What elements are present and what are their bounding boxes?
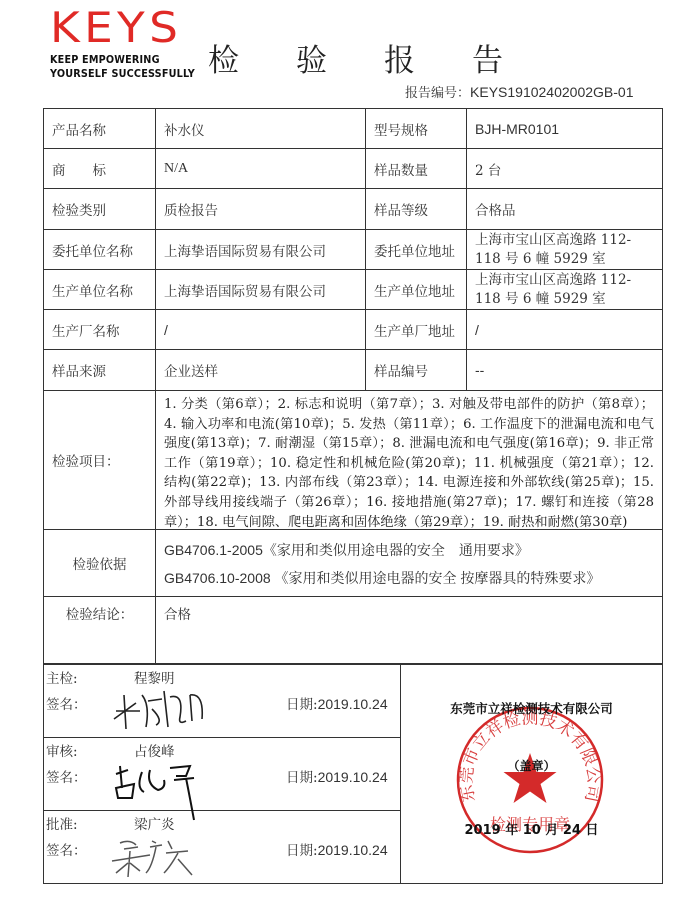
table-row-basis: 检验依据 GB4706.1-2005《家用和类似用途电器的安全 通用要求》 GB… <box>44 530 662 597</box>
field-value: 2 台 <box>467 149 662 188</box>
items-text: 1. 分类（第6章）；2. 标志和说明（第7章）；3. 对触及带电部件的防护（第… <box>156 391 662 529</box>
signature-column: 主检: 程黎明 签名： 日期:2019.10.24 审核: 占俊峰 签名： 日期… <box>44 665 401 883</box>
title-char: 报 <box>384 35 472 80</box>
field-value: / <box>467 310 662 349</box>
handwritten-signature <box>106 827 216 879</box>
role-label: 主检: <box>46 667 78 687</box>
field-label: 委托单位名称 <box>44 230 156 269</box>
seal-label: （盖章） <box>401 757 662 774</box>
field-value: -- <box>467 350 662 390</box>
report-number-label: 报告编号： <box>405 86 470 101</box>
role-label: 批准: <box>46 813 78 833</box>
table-row: 委托单位名称 上海挚语国际贸易有限公司 委托单位地址 上海市宝山区高逸路 112… <box>44 230 662 270</box>
title-char: 验 <box>296 35 384 80</box>
field-value: BJH-MR0101 <box>467 109 662 148</box>
field-label: 生产单位名称 <box>44 270 156 309</box>
field-label: 生产单位地址 <box>366 270 467 309</box>
field-label: 委托单位地址 <box>366 230 467 269</box>
report-number: 报告编号：KEYS19102402002GB-01 <box>405 82 633 101</box>
sign-label: 签名： <box>46 839 87 859</box>
logo-wordmark: KEYS <box>50 8 223 48</box>
role-label: 审核: <box>46 740 78 760</box>
field-value: 质检报告 <box>156 189 366 229</box>
basis-standard: GB4706.10-2008 《家用和类似用途电器的安全 按摩器具的特殊要求》 <box>164 564 654 592</box>
items-label: 检验项目： <box>44 391 156 529</box>
field-label: 商 标 <box>44 149 156 188</box>
logo-tagline-2: YOURSELF SUCCESSFULLY <box>50 67 197 81</box>
conclusion-label: 检验结论： <box>44 597 156 663</box>
keys-logo: KEYS KEEP EMPOWERING YOURSELF SUCCESSFUL… <box>50 8 210 81</box>
field-label: 样品数量 <box>366 149 467 188</box>
field-value: 企业送样 <box>156 350 366 390</box>
sign-label: 签名： <box>46 693 87 713</box>
logo-tagline-1: KEEP EMPOWERING <box>50 53 197 67</box>
basis-list: GB4706.1-2005《家用和类似用途电器的安全 通用要求》 GB4706.… <box>156 530 662 596</box>
signature-block-reviewer: 审核: 占俊峰 签名： 日期:2019.10.24 <box>44 738 400 811</box>
basis-label: 检验依据 <box>44 530 156 596</box>
issuing-company: 东莞市立祥检测技术有限公司 <box>401 699 662 717</box>
field-label: 产品名称 <box>44 109 156 148</box>
field-value: 上海市宝山区高逸路 112-118 号 6 幢 5929 室 <box>467 270 662 309</box>
table-row-conclusion: 检验结论： 合格 <box>44 597 662 663</box>
field-label: 型号规格 <box>366 109 467 148</box>
handwritten-signature <box>106 681 216 733</box>
field-value: 上海挚语国际贸易有限公司 <box>156 270 366 309</box>
basis-standard: GB4706.1-2005《家用和类似用途电器的安全 通用要求》 <box>164 536 654 564</box>
sign-date: 日期:2019.10.24 <box>286 839 388 859</box>
table-row: 检验类别 质检报告 样品等级 合格品 <box>44 189 662 230</box>
signature-block-approver: 批准: 梁广炎 签名： 日期:2019.10.24 <box>44 811 400 884</box>
title-char: 告 <box>472 35 560 80</box>
sign-date: 日期:2019.10.24 <box>286 766 388 786</box>
field-value: N/A <box>156 149 366 188</box>
seal-date: 2019 年 10 月 24 日 <box>401 819 662 838</box>
field-label: 样品来源 <box>44 350 156 390</box>
title-char: 检 <box>208 35 296 80</box>
field-label: 检验类别 <box>44 189 156 229</box>
field-value: / <box>156 310 366 349</box>
field-value: 合格品 <box>467 189 662 229</box>
field-label: 样品编号 <box>366 350 467 390</box>
report-number-value: KEYS19102402002GB-01 <box>470 84 633 100</box>
signature-block-inspector: 主检: 程黎明 签名： 日期:2019.10.24 <box>44 665 400 738</box>
table-row: 样品来源 企业送样 样品编号 -- <box>44 350 662 391</box>
table-row-inspection-items: 检验项目： 1. 分类（第6章）；2. 标志和说明（第7章）；3. 对触及带电部… <box>44 391 662 530</box>
report-table: 产品名称 补水仪 型号规格 BJH-MR0101 商 标 N/A 样品数量 2 … <box>43 108 663 664</box>
table-row: 产品名称 补水仪 型号规格 BJH-MR0101 <box>44 109 662 149</box>
sign-date: 日期:2019.10.24 <box>286 693 388 713</box>
page-title: 检 验 报 告 <box>208 35 560 80</box>
conclusion-value: 合格 <box>156 597 662 663</box>
table-row: 商 标 N/A 样品数量 2 台 <box>44 149 662 189</box>
field-value: 上海挚语国际贸易有限公司 <box>156 230 366 269</box>
field-label: 生产厂名称 <box>44 310 156 349</box>
field-label: 生产单厂地址 <box>366 310 467 349</box>
field-value: 补水仪 <box>156 109 366 148</box>
seal-area: 东莞市立祥检测技术有限公司 检测专用章 东莞市立祥检测技术有限公司 （盖章） 2… <box>401 665 662 883</box>
signature-section: 主检: 程黎明 签名： 日期:2019.10.24 审核: 占俊峰 签名： 日期… <box>43 664 663 884</box>
field-label: 样品等级 <box>366 189 467 229</box>
field-value: 上海市宝山区高逸路 112-118 号 6 幢 5929 室 <box>467 230 662 269</box>
sign-label: 签名： <box>46 766 87 786</box>
table-row: 生产单位名称 上海挚语国际贸易有限公司 生产单位地址 上海市宝山区高逸路 112… <box>44 270 662 310</box>
table-row: 生产厂名称 / 生产单厂地址 / <box>44 310 662 350</box>
